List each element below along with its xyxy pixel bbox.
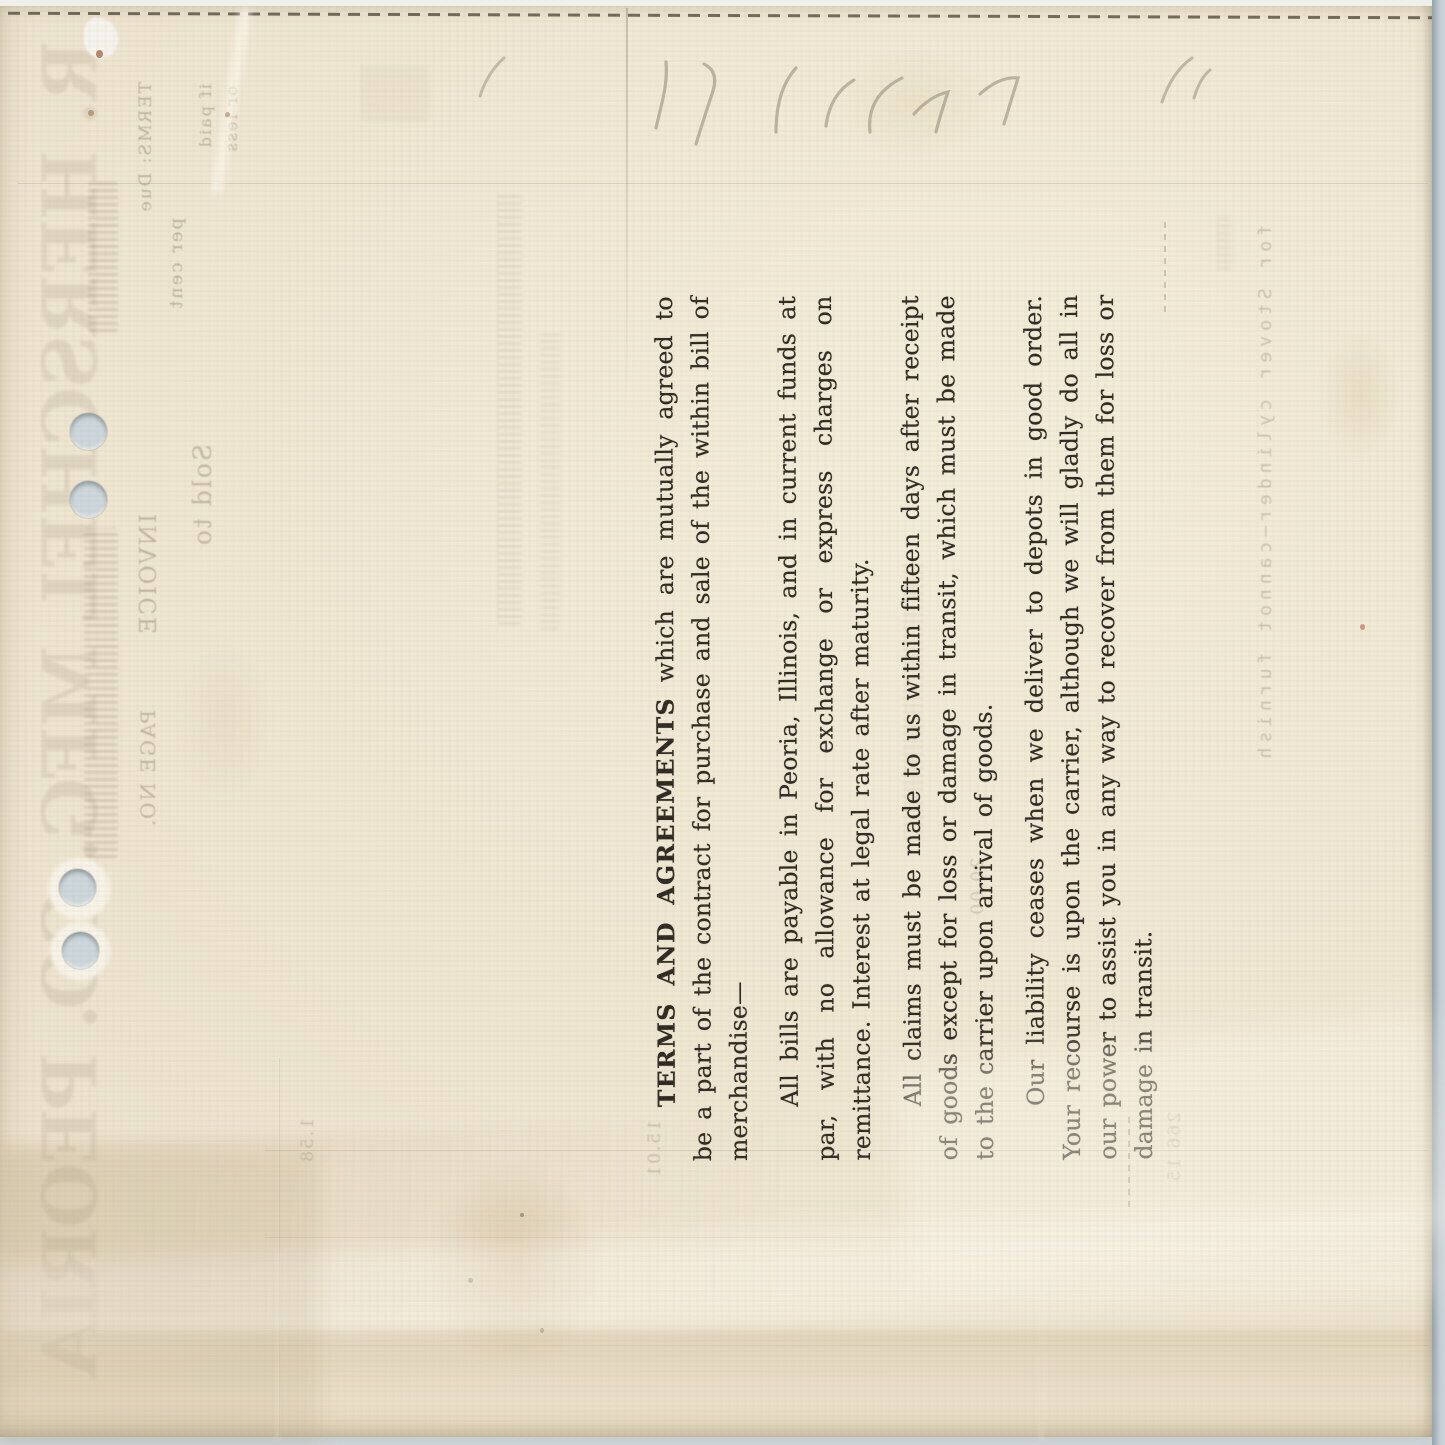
punch-hole	[62, 932, 99, 969]
terms-paragraph-3: All claims must be made to us within fif…	[892, 295, 1003, 1160]
bleedthrough-fragment: PAGE NO.	[136, 710, 160, 828]
stain-speck	[88, 110, 94, 116]
bleedthrough-fragment: 266 15	[1165, 1112, 1185, 1183]
bleedthrough-fragment: Sold to	[188, 444, 217, 547]
punch-hole	[70, 481, 107, 518]
bleedthrough-fragment: for Stover cylinder—cannot furnish	[1255, 225, 1276, 763]
bleedthrough-fragment: INVOICE	[136, 514, 162, 636]
table-rule-line	[18, 183, 1428, 184]
stain-speck	[225, 112, 230, 117]
table-rule-line	[55, 1345, 1428, 1346]
crease-line	[1040, 1290, 1043, 1440]
stain-speck	[96, 50, 103, 58]
bleedthrough-smudge	[360, 66, 430, 120]
stain	[180, 640, 270, 800]
pencil-scribble	[628, 36, 1048, 146]
stain-speck	[1360, 624, 1365, 630]
bleedthrough-smudge	[84, 528, 118, 858]
punch-hole	[59, 869, 96, 906]
pencil-scribble	[1150, 40, 1220, 110]
punch-hole	[70, 413, 107, 450]
bleedthrough-smudge	[1216, 218, 1232, 270]
terms-paragraph-2: All bills are payable in Peoria, Illinoi…	[769, 296, 880, 1161]
terms-paragraph-4: Our liability ceases when we deliver to …	[1015, 295, 1162, 1160]
scanned-invoice-back: R. HERSCHEL MFG. CO. PEORIA TERMS: Due p…	[0, 0, 1445, 1445]
crease-line	[276, 1250, 279, 1440]
bleedthrough-fragment: if paid	[196, 84, 215, 149]
pencil-scribble	[470, 44, 520, 104]
terms-text-block: TERMS AND AGREEMENTS which are mutually …	[646, 295, 1113, 1162]
terms-paragraph-1: TERMS AND AGREEMENTS which are mutually …	[646, 296, 757, 1161]
table-rule-line	[279, 1058, 280, 1438]
table-rule-dashed	[1164, 222, 1166, 312]
bleedthrough-smudge	[540, 330, 560, 630]
terms-heading: TERMS AND AGREEMENTS	[651, 697, 680, 1107]
bleedthrough-fragment: 1.58	[298, 1118, 318, 1164]
scan-backdrop-right	[1432, 0, 1445, 1445]
bleedthrough-fragment: per cent	[166, 218, 187, 310]
scan-backdrop-bottom	[0, 1437, 1432, 1445]
bleedthrough-smudge	[88, 182, 118, 332]
bleedthrough-fragment: TERMS: Due	[136, 82, 156, 213]
stain	[430, 1160, 600, 1370]
bleedthrough-smudge	[497, 195, 521, 625]
stain	[1320, 330, 1400, 460]
